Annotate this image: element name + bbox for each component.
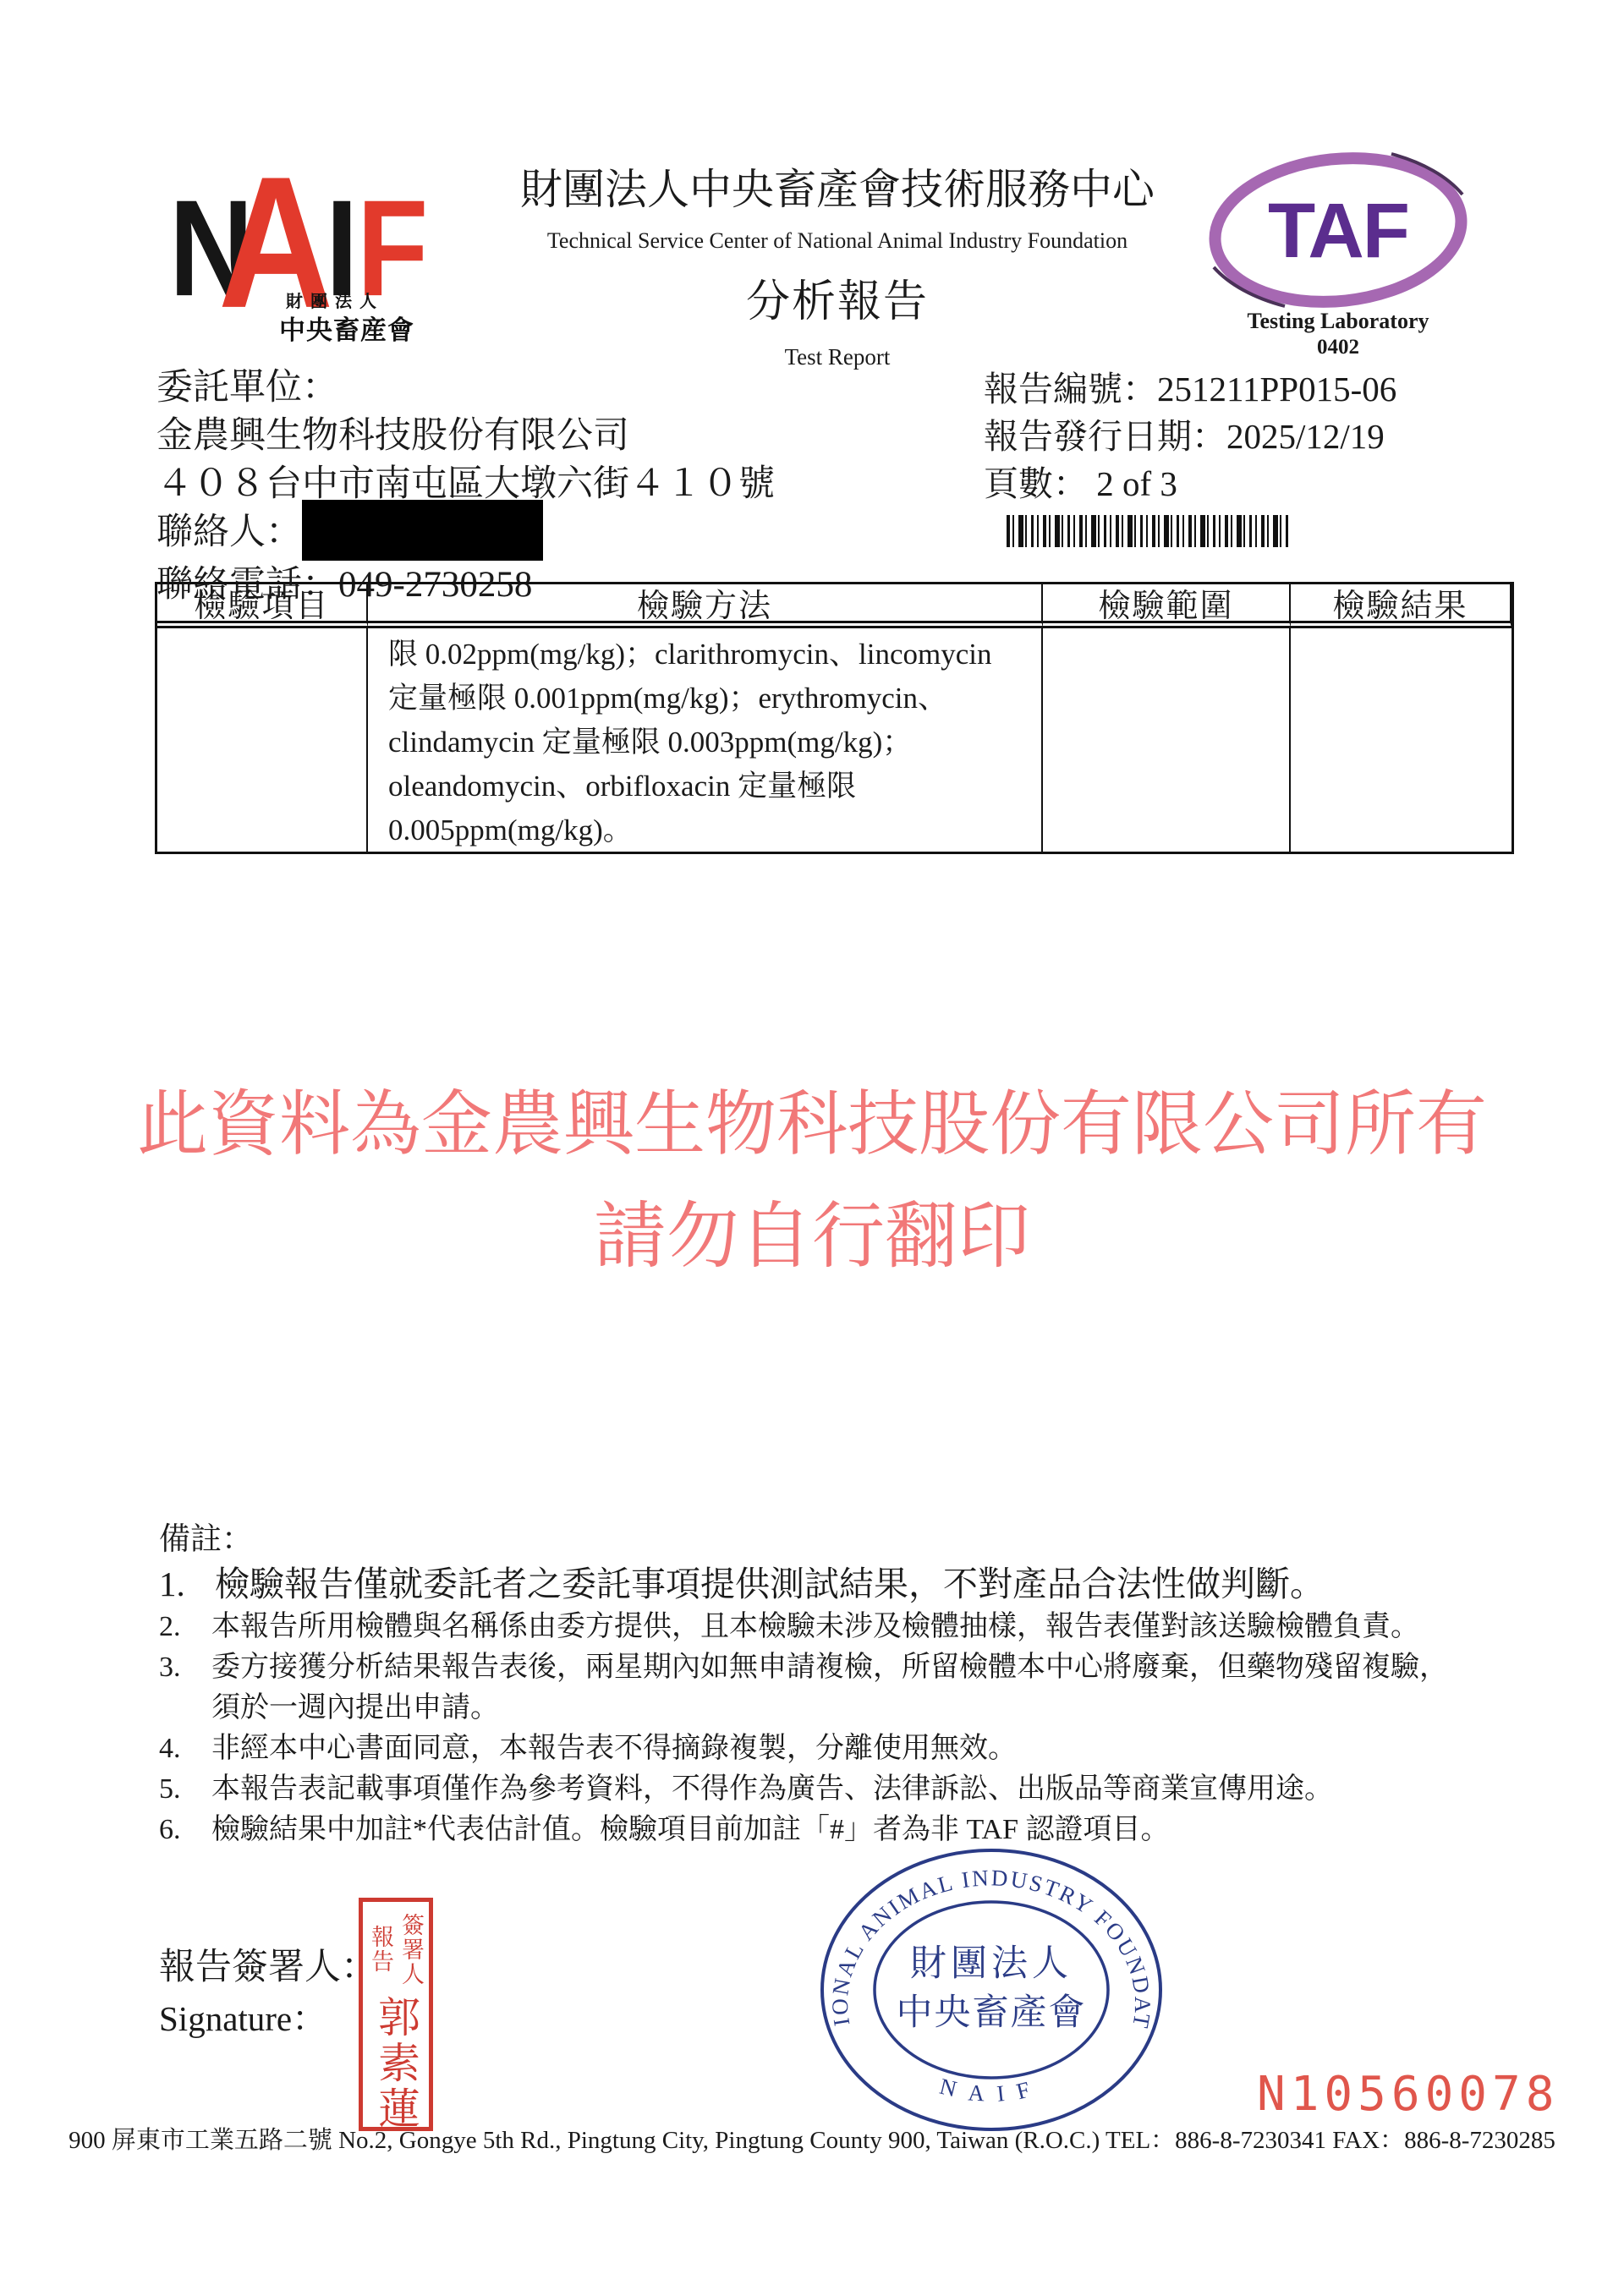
- note-text: 檢驗報告僅就委託者之委託事項提供測試結果，不對產品合法性做判斷。: [215, 1561, 1325, 1607]
- report-date-label: 報告發行日期：: [984, 417, 1226, 456]
- naif-logo: N A I F 財團法人 中央畜産會: [169, 161, 423, 342]
- report-date-value: 2025/12/19: [1226, 417, 1385, 456]
- note-item-3-cont: 須於一週內提出申請。: [159, 1688, 1546, 1729]
- notes-title: 備註：: [159, 1519, 1546, 1561]
- client-label: 委託單位：: [156, 364, 775, 412]
- note-item-6: 6. 檢驗結果中加註*代表估計值。檢驗項目前加註「#」者為非 TAF 認證項目。: [159, 1810, 1546, 1850]
- report-number-value: 251211PP015-06: [1157, 370, 1396, 408]
- table-cell-item-empty: [157, 628, 368, 852]
- note-text: 須於一週內提出申請。: [159, 1688, 499, 1729]
- note-item-2: 2. 本報告所用檢體與名稱係由委方提供，且本檢驗未涉及檢體抽樣，報告表僅對該送驗…: [159, 1607, 1546, 1647]
- notes-section: 備註： 1. 檢驗報告僅就委託者之委託事項提供測試結果，不對產品合法性做判斷。 …: [159, 1519, 1546, 1850]
- test-results-table: 檢驗項目 檢驗方法 檢驗範圍 檢驗結果 限 0.02ppm(mg/kg)；cla…: [155, 582, 1514, 854]
- note-number: 5.: [159, 1769, 211, 1810]
- naif-org-large-label: 中央畜産會: [279, 309, 414, 347]
- seal-center-line1: 財團法人: [910, 1944, 1073, 1984]
- watermark-line1: 此資料為金農興生物科技股份有限公司所有: [0, 1067, 1624, 1170]
- test-report-page: N A I F 財團法人 中央畜産會 財團法人中央畜產會技術服務中心 Techn…: [0, 0, 1624, 2296]
- report-number-label: 報告編號：: [984, 370, 1157, 408]
- table-header-range: 檢驗範圍: [1043, 584, 1291, 628]
- table-cell-range-empty: [1043, 628, 1291, 852]
- note-text: 非經本中心書面同意，本報告表不得摘錄複製，分離使用無效。: [211, 1729, 1017, 1769]
- footer-address: 900 屏東市工業五路二號 No.2, Gongye 5th Rd., Ping…: [0, 2121, 1624, 2156]
- note-number: 3.: [159, 1647, 211, 1688]
- seal-center-line2: 中央畜產會: [897, 1992, 1087, 2033]
- stamp-title-right-column: 簽署人: [396, 1905, 426, 1993]
- report-pages-row: 頁數： 2 of 3: [984, 460, 1396, 507]
- taf-letters: TAF: [1268, 188, 1408, 274]
- table-cell-result-empty: [1291, 628, 1512, 852]
- stamp-title-left-column: 報告: [365, 1905, 396, 1993]
- watermark-line2: 請勿自行翻印: [0, 1177, 1624, 1282]
- client-contact-row: 聯絡人：: [156, 508, 775, 561]
- taf-accreditation-mark: TAF Testing Laboratory 0402: [1186, 142, 1490, 359]
- note-item-4: 4. 非經本中心書面同意，本報告表不得摘錄複製，分離使用無效。: [159, 1729, 1546, 1769]
- note-item-1: 1. 檢驗報告僅就委託者之委託事項提供測試結果，不對產品合法性做判斷。: [159, 1561, 1546, 1607]
- report-info-block: 報告編號：251211PP015-06 報告發行日期：2025/12/19 頁數…: [984, 365, 1396, 547]
- report-title-zh: 分析報告: [448, 266, 1226, 329]
- report-pages-value: 2 of 3: [1096, 464, 1177, 503]
- method-line: 定量極限 0.001ppm(mg/kg)；erythromycin、: [388, 677, 1041, 721]
- client-name: 金農興生物科技股份有限公司: [156, 412, 775, 460]
- report-pages-label: 頁數：: [984, 464, 1088, 503]
- note-text: 檢驗結果中加註*代表估計值。檢驗項目前加註「#」者為非 TAF 認證項目。: [211, 1810, 1170, 1850]
- note-text: 委方接獲分析結果報告表後，兩星期內如無申請複檢，所留檢體本中心將廢棄，但藥物殘留…: [211, 1647, 1448, 1688]
- taf-logo-icon: TAF: [1190, 142, 1486, 318]
- report-barcode: [1007, 515, 1292, 547]
- note-text: 本報告表記載事項僅作為參考資料，不得作為廣告、法律訴訟、出版品等商業宣傳用途。: [211, 1769, 1333, 1810]
- note-item-5: 5. 本報告表記載事項僅作為參考資料，不得作為廣告、法律訴訟、出版品等商業宣傳用…: [159, 1769, 1546, 1810]
- table-header-method: 檢驗方法: [368, 584, 1043, 628]
- report-serial-number: N10560078: [1257, 2067, 1559, 2122]
- org-title-zh: 財團法人中央畜產會技術服務中心: [448, 156, 1226, 216]
- table-header-result: 檢驗結果: [1291, 584, 1512, 628]
- table-header-item: 檢驗項目: [157, 584, 368, 628]
- report-date-row: 報告發行日期：2025/12/19: [984, 413, 1396, 460]
- org-title-en: Technical Service Center of National Ani…: [448, 228, 1226, 254]
- note-text: 本報告所用檢體與名稱係由委方提供，且本檢驗未涉及檢體抽樣，報告表僅對該送驗檢體負…: [211, 1607, 1419, 1647]
- note-number: 2.: [159, 1607, 211, 1647]
- client-info-block: 委託單位： 金農興生物科技股份有限公司 ４０８台中市南屯區大墩六街４１０號 聯絡…: [156, 364, 775, 609]
- report-number-row: 報告編號：251211PP015-06: [984, 365, 1396, 413]
- naif-foundation-seal: NATIONAL ANIMAL INDUSTRY FOUNDATION NAIF…: [817, 1847, 1166, 2133]
- redacted-contact-name: [302, 500, 543, 561]
- note-number: 1.: [159, 1561, 215, 1607]
- title-block: 財團法人中央畜產會技術服務中心 Technical Service Center…: [448, 156, 1226, 370]
- signer-name-stamp: 簽署人 報告 郭素蓮: [359, 1898, 433, 2131]
- stamp-signer-name: 郭素蓮: [375, 1995, 417, 2132]
- signer-label-en: Signature：: [159, 1991, 326, 2041]
- method-line: 限 0.02ppm(mg/kg)；clarithromycin、lincomyc…: [388, 633, 1041, 677]
- method-line: oleandomycin、orbifloxacin 定量極限: [388, 764, 1041, 808]
- note-number: 4.: [159, 1729, 211, 1769]
- note-number: 6.: [159, 1810, 211, 1850]
- signer-label-zh: 報告簽署人：: [159, 1938, 377, 1990]
- method-line: 0.005ppm(mg/kg)。: [388, 808, 1041, 852]
- contact-label: 聯絡人：: [156, 512, 302, 552]
- table-cell-method: 限 0.02ppm(mg/kg)；clarithromycin、lincomyc…: [368, 628, 1043, 852]
- stamp-title: 簽署人 報告: [365, 1905, 426, 1993]
- taf-cert-number: 0402: [1186, 336, 1490, 359]
- method-line: clindamycin 定量極限 0.003ppm(mg/kg)；: [388, 721, 1041, 764]
- note-item-3: 3. 委方接獲分析結果報告表後，兩星期內如無申請複檢，所留檢體本中心將廢棄，但藥…: [159, 1647, 1546, 1688]
